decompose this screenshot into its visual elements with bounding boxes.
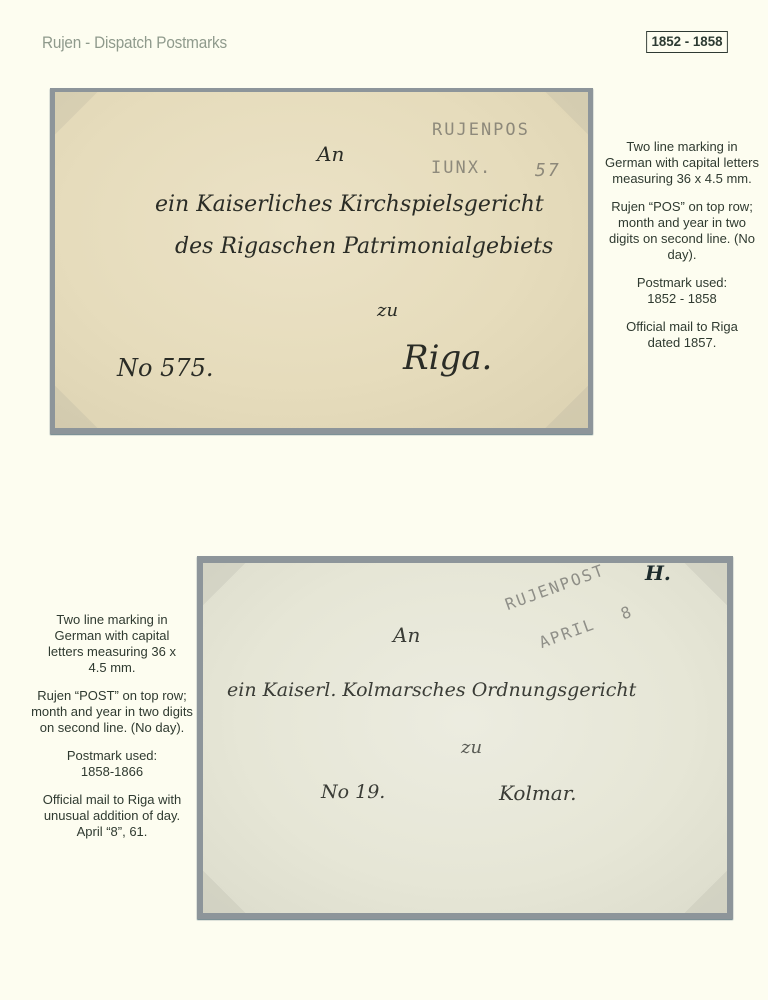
cover-1-caption: Two line marking in German with capital …: [604, 139, 760, 363]
caption-note: Official mail to Riga with unusual addit…: [30, 792, 194, 840]
cover-1-envelope: RUJENPOS IUNX. 57 An ein Kaiserliches Ki…: [55, 92, 588, 428]
mount-corner: [685, 563, 727, 605]
mount-corner: [546, 386, 588, 428]
address-preposition: zu: [461, 737, 482, 758]
postmark-month: APRIL: [537, 614, 598, 652]
page-title: Rujen - Dispatch Postmarks: [42, 33, 227, 53]
address-city: Kolmar.: [499, 781, 576, 805]
address-line1: ein Kaiserl. Kolmarsches Ordnungsgericht: [227, 679, 636, 701]
mount-corner: [55, 386, 97, 428]
address-line1: ein Kaiserliches Kirchspielsgericht: [155, 192, 544, 217]
mount-corner: [203, 871, 245, 913]
caption-format: Rujen “POS” on top row; month and year i…: [604, 199, 760, 263]
caption-format: Rujen “POST” on top row; month and year …: [30, 688, 194, 736]
mount-corner: [546, 92, 588, 134]
caption-usage-period: Postmark used: 1858-1866: [30, 748, 194, 780]
mount-corner: [55, 92, 97, 134]
mount-corner: [685, 871, 727, 913]
caption-usage-period: Postmark used: 1852 - 1858: [604, 275, 760, 307]
caption-description: Two line marking in German with capital …: [604, 139, 760, 187]
address-salutation: An: [317, 142, 344, 166]
address-city: Riga.: [403, 338, 492, 378]
mount-corner: [203, 563, 245, 605]
address-preposition: zu: [377, 300, 398, 321]
corner-mark: H.: [645, 563, 671, 585]
cover-2-envelope: RUJENPOST APRIL 8 H. An ein Kaiserl. Kol…: [203, 563, 727, 913]
caption-note: Official mail to Riga dated 1857.: [604, 319, 760, 351]
cover-number: No 575.: [117, 354, 214, 382]
postmark-day: 8: [618, 602, 635, 624]
postmark-month: IUNX.: [431, 158, 492, 178]
caption-description: Two line marking in German with capital …: [30, 612, 194, 676]
address-line2: des Rigaschen Patrimonialgebiets: [175, 234, 553, 259]
address-salutation: An: [393, 623, 420, 647]
postmark-year: 57: [535, 160, 561, 181]
cover-number: No 19.: [321, 781, 385, 803]
postmark-line1: RUJENPOST: [503, 563, 608, 614]
cover-2-caption: Two line marking in German with capital …: [30, 612, 194, 852]
date-range-badge: 1852 - 1858: [646, 31, 728, 53]
postmark-line1: RUJENPOS: [432, 120, 530, 140]
